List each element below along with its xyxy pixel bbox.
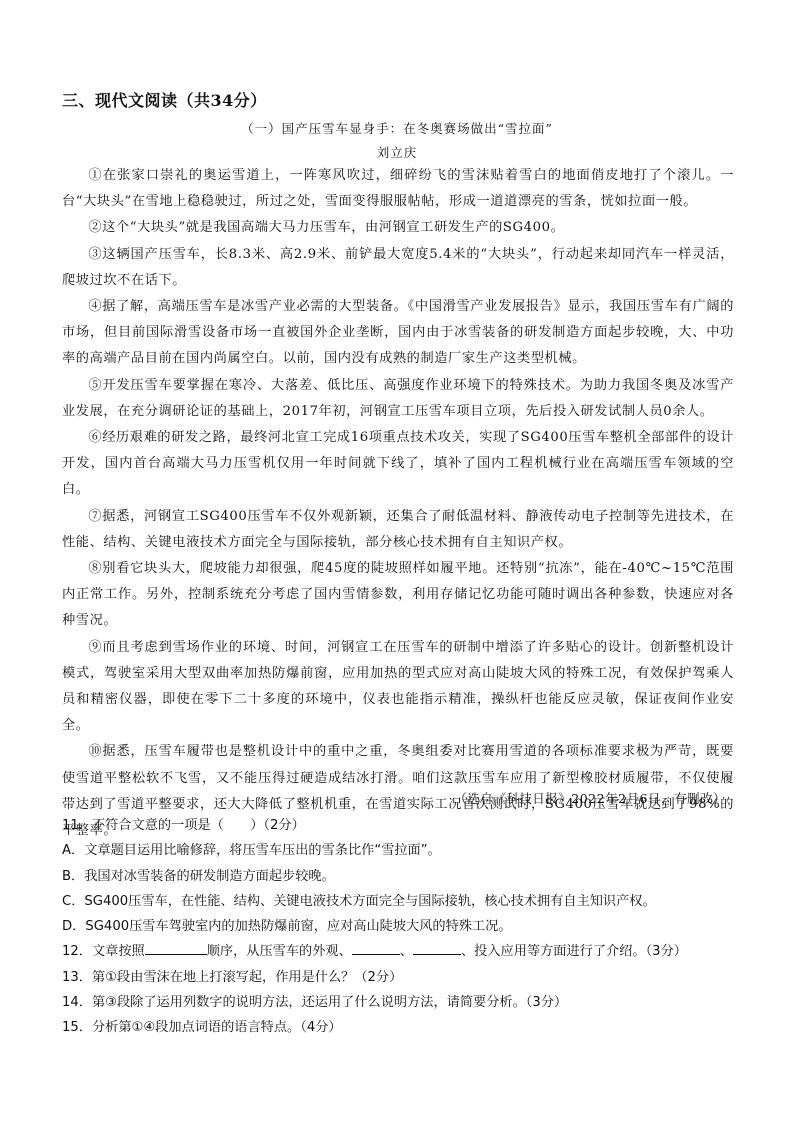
exam-page: 三、现代文阅读（共34分） （一）国产压雪车显身手：在冬奥赛场做出“雪拉面” 刘… <box>0 0 794 1123</box>
section-title: 三、现代文阅读（共34分） <box>62 88 267 111</box>
paragraph-3: ③这辆国产压雪车，长8.3米、高2.9米、前铲最大宽度5.4米的“大块头”，行动… <box>62 242 734 294</box>
article-author: 刘立庆 <box>0 143 794 161</box>
article-title: （一）国产压雪车显身手：在冬奥赛场做出“雪拉面” <box>0 119 794 137</box>
question-13: 13．第①段由雪沫在地上打滚写起，作用是什么？（2分） <box>62 965 752 990</box>
paragraph-7: ⑦据悉，河钢宣工SG400压雪车不仅外观新颖，还集合了耐低温材料、静液传动电子控… <box>62 504 734 556</box>
article-source: （选自《科技日报》2022年2月6日，有删改） <box>454 789 726 807</box>
question-12-part1: 12．文章按照 <box>62 944 145 959</box>
question-12: 12．文章按照顺序，从压雪车的外观、、、投入应用等方面进行了介绍。（3分） <box>62 939 752 964</box>
paragraph-9: ⑨而且考虑到雪场作业的环境、时间，河钢宣工在压雪车的研制中增添了许多贴心的设计。… <box>62 635 734 740</box>
answer-blank-3[interactable] <box>413 940 461 955</box>
questions: 11．不符合文意的一项是（ ）（2分） A．文章题目运用比喻修辞，将压雪车压出的… <box>62 813 752 1041</box>
answer-blank-1[interactable] <box>145 940 207 955</box>
paragraph-2: ②这个“大块头”就是我国高端大马力压雪车，由河钢宣工研发生产的SG400。 <box>62 215 734 241</box>
paragraph-8: ⑧别看它块头大，爬坡能力却很强，爬45度的陡坡照样如履平地。还特别“抗冻”，能在… <box>62 556 734 635</box>
question-15: 15．分析第①④段加点词语的语言特点。（4分） <box>62 1015 752 1040</box>
question-11-stem: 11．不符合文意的一项是（ ）（2分） <box>62 813 752 838</box>
article-body: ①在张家口崇礼的奥运雪道上，一阵寒风吹过，细碎纷飞的雪沫贴着雪白的地面俏皮地打了… <box>62 163 734 844</box>
question-12-part2: 顺序，从压雪车的外观、 <box>207 944 352 959</box>
question-11-option-b: B．我国对冰雪装备的研发制造方面起步较晚。 <box>62 864 752 889</box>
question-11-option-a: A．文章题目运用比喻修辞，将压雪车压出的雪条比作“雪拉面”。 <box>62 838 752 863</box>
question-11-option-c: C．SG400压雪车，在性能、结构、关键电液技术方面完全与国际接轨，核心技术拥有… <box>62 889 752 914</box>
paragraph-1: ①在张家口崇礼的奥运雪道上，一阵寒风吹过，细碎纷飞的雪沫贴着雪白的地面俏皮地打了… <box>62 163 734 215</box>
answer-blank-2[interactable] <box>352 940 400 955</box>
question-11-option-d: D．SG400压雪车驾驶室内的加热防爆前窗，应对高山陡坡大风的特殊工况。 <box>62 914 752 939</box>
question-12-part3: 、 <box>400 944 413 959</box>
question-12-part4: 、投入应用等方面进行了介绍。（3分） <box>461 944 687 959</box>
paragraph-6: ⑥经历艰难的研发之路，最终河北宣工完成16项重点技术攻关，实现了SG400压雪车… <box>62 425 734 504</box>
paragraph-4: ④据了解，高端压雪车是冰雪产业必需的大型装备。《中国滑雪产业发展报告》显示，我国… <box>62 294 734 373</box>
paragraph-5: ⑤开发压雪车要掌握在寒冷、大落差、低比压、高强度作业环境下的特殊技术。为助力我国… <box>62 373 734 425</box>
question-14: 14．第③段除了运用列数字的说明方法，还运用了什么说明方法，请简要分析。（3分） <box>62 990 752 1015</box>
